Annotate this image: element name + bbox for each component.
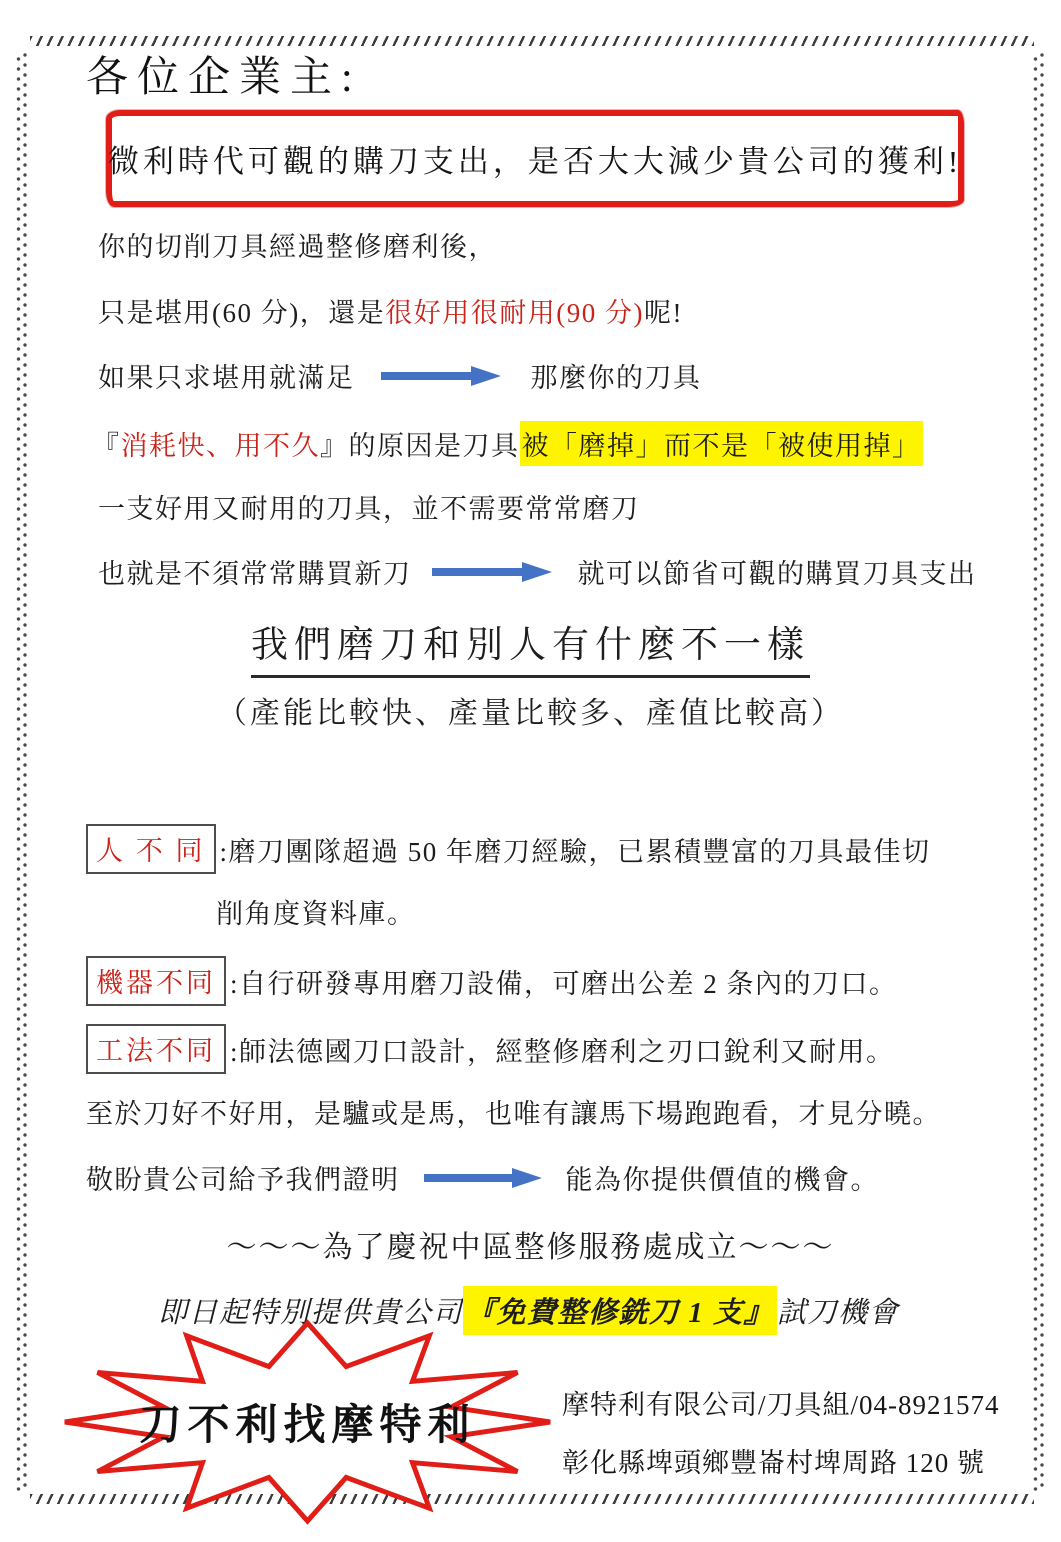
diff-machine-text: :自行研發專用磨刀設備，可磨出公差 2 条內的刀口。 bbox=[230, 962, 898, 1001]
diff-people-text: :磨刀團隊超過 50 年磨刀經驗，已累積豐富的刀具最佳切 bbox=[220, 830, 931, 869]
contact-company: 摩特利有限公司/刀具組/04-8921574 bbox=[562, 1383, 1000, 1422]
diff-people-continued: 削角度資料庫。 bbox=[216, 892, 416, 931]
intro-line-5: 一支好用又耐用的刀具，並不需要常常磨刀 bbox=[98, 487, 640, 526]
starburst-text: 刀不利找摩特利 bbox=[55, 1318, 560, 1526]
arrow-right-icon bbox=[424, 1167, 542, 1189]
intro-line-3-a: 如果只求堪用就滿足 bbox=[98, 356, 355, 395]
page-border-left bbox=[15, 52, 28, 1492]
diff-method: 工法不同:師法德國刀口設計，經整修磨利之刃口銳利又耐用。 bbox=[86, 1024, 895, 1074]
intro-line-5-text: 一支好用又耐用的刀具，並不需要常常磨刀 bbox=[98, 487, 640, 526]
diff-people-label: 人 不 同 bbox=[86, 824, 216, 874]
diff-machine-label: 機器不同 bbox=[86, 956, 226, 1006]
salutation: 各位企業主: bbox=[86, 44, 362, 104]
page-border-right bbox=[1032, 52, 1045, 1492]
intro-line-2: 只是堪用(60 分)，還是很好用很耐用(90 分)呢! bbox=[98, 291, 683, 330]
closing-line-1-text: 至於刀好不好用，是驢或是馬，也唯有讓馬下場跑跑看，才見分曉。 bbox=[86, 1092, 941, 1131]
offer-text-b: 試刀機會 bbox=[777, 1290, 899, 1331]
flyer-page: 各位企業主: 微利時代可觀的購刀支出，是否大大減少貴公司的獲利! 你的切削刀具經… bbox=[0, 0, 1061, 1542]
closing-line-2: 敬盼貴公司給予我們證明 能為你提供價值的機會。 bbox=[86, 1158, 879, 1197]
diff-people: 人 不 同:磨刀團隊超過 50 年磨刀經驗，已累積豐富的刀具最佳切 bbox=[86, 824, 931, 874]
arrow-right-icon bbox=[432, 561, 552, 583]
intro-line-1-text: 你的切削刀具經過整修磨利後， bbox=[98, 225, 497, 264]
intro-line-4-red: 消耗快、用不久 bbox=[121, 424, 321, 463]
intro-line-3-b: 那麼你的刀具 bbox=[531, 356, 702, 395]
diff-machine: 機器不同:自行研發專用磨刀設備，可磨出公差 2 条內的刀口。 bbox=[86, 956, 898, 1006]
closing-line-2-a: 敬盼貴公司給予我們證明 bbox=[86, 1158, 400, 1197]
intro-line-1: 你的切削刀具經過整修磨利後， bbox=[98, 225, 497, 264]
closing-line-1: 至於刀好不好用，是驢或是馬，也唯有讓馬下場跑跑看，才見分曉。 bbox=[86, 1092, 941, 1131]
diff-method-text: :師法德國刀口設計，經整修磨利之刃口銳利又耐用。 bbox=[230, 1030, 895, 1069]
intro-line-4-a: 『 bbox=[92, 424, 121, 463]
intro-line-4-highlight: 被「磨掉」而不是「被使用掉」 bbox=[520, 421, 923, 466]
starburst-badge: 刀不利找摩特利 bbox=[55, 1318, 560, 1526]
intro-line-2-a: 只是堪用(60 分)，還是 bbox=[98, 291, 385, 330]
section-heading-text: 我們磨刀和別人有什麼不一樣 bbox=[251, 614, 810, 678]
headline-box: 微利時代可觀的購刀支出，是否大大減少貴公司的獲利! bbox=[106, 110, 964, 207]
intro-line-3: 如果只求堪用就滿足 那麼你的刀具 bbox=[98, 356, 702, 395]
intro-line-4-c: 』的原因是刀具 bbox=[320, 424, 520, 463]
celebration-line: ～～～為了慶祝中區整修服務處成立～～～ bbox=[0, 1222, 1061, 1266]
intro-line-6-b: 就可以節省可觀的購買刀具支出 bbox=[578, 552, 977, 591]
arrow-right-icon bbox=[381, 365, 501, 387]
intro-line-6-a: 也就是不須常常購買新刀 bbox=[98, 552, 412, 591]
intro-line-4: 『消耗快、用不久』的原因是刀具被「磨掉」而不是「被使用掉」 bbox=[92, 421, 923, 466]
contact-address: 彰化縣埤頭鄉豐崙村埤周路 120 號 bbox=[562, 1441, 985, 1480]
intro-line-2-c: 呢! bbox=[644, 291, 683, 330]
diff-people-text2: 削角度資料庫。 bbox=[216, 892, 416, 931]
intro-line-2-red: 很好用很耐用(90 分) bbox=[385, 291, 644, 330]
headline-text: 微利時代可觀的購刀支出，是否大大減少貴公司的獲利! bbox=[108, 136, 962, 181]
diff-method-label: 工法不同 bbox=[86, 1024, 226, 1074]
section-subheading: （產能比較快、產量比較多、產值比較高） bbox=[0, 688, 1061, 732]
section-heading: 我們磨刀和別人有什麼不一樣 bbox=[0, 614, 1061, 678]
closing-line-2-b: 能為你提供價值的機會。 bbox=[566, 1158, 880, 1197]
intro-line-6: 也就是不須常常購買新刀 就可以節省可觀的購買刀具支出 bbox=[98, 552, 977, 591]
